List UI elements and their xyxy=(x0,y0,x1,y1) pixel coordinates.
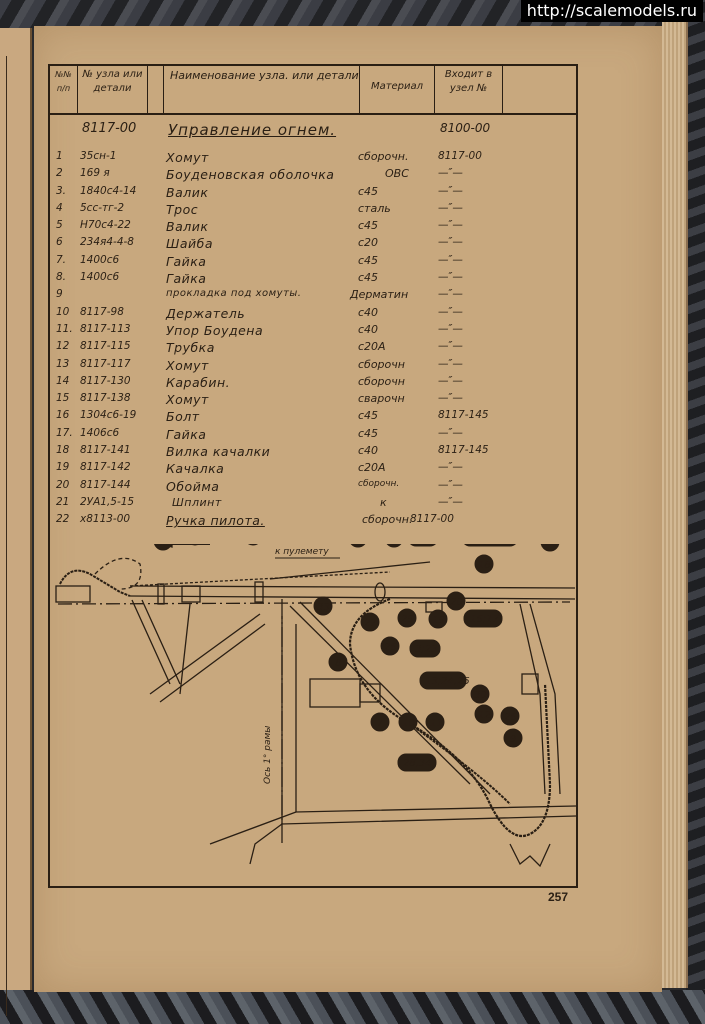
svg-text:к пулемету: к пулемету xyxy=(275,547,329,557)
table-row: 212УА1,5-15Шплинтк—″— xyxy=(50,496,576,513)
svg-text:13;24,25: 13;24,25 xyxy=(425,676,470,687)
svg-text:30: 30 xyxy=(474,690,487,701)
part-material: Дерматин xyxy=(350,288,408,301)
part-name: Вилка качалки xyxy=(166,444,270,459)
table-row: 158117-138Хомутсварочн—″— xyxy=(50,392,576,409)
part-name: Шайба xyxy=(166,236,213,251)
svg-text:9: 9 xyxy=(510,734,516,745)
part-number: 8117-113 xyxy=(80,323,131,335)
row-number: 16 xyxy=(56,409,69,421)
table-row: 9прокладка под хомуты.Дерматин—″— xyxy=(50,288,576,305)
table-row: 6234я4-4-8Шайбас20—″— xyxy=(50,236,576,253)
assembly-title: Управление огнем. xyxy=(168,121,336,139)
part-number: 1304с6-19 xyxy=(80,409,136,421)
part-number: Н70с4-22 xyxy=(80,219,131,231)
table-row: 11.8117-113Упор Боуденас40—″— xyxy=(50,323,576,340)
svg-text:7: 7 xyxy=(377,718,384,729)
part-number: х8113-00 xyxy=(80,513,130,525)
part-number: 1406с6 xyxy=(80,427,119,439)
part-material: с40 xyxy=(358,306,378,319)
part-assembly: —″— xyxy=(438,306,463,318)
part-assembly: —″— xyxy=(438,167,463,179)
fire-control-assembly-drawing: 1 2 15 4 14 31;32 5;6;21;23 22 18 20 16;… xyxy=(50,544,576,886)
svg-text:29: 29 xyxy=(401,614,414,625)
part-material: ОВС xyxy=(385,167,409,180)
part-name: Карабин. xyxy=(166,375,230,390)
part-material: с40 xyxy=(358,444,378,457)
svg-text:28,34: 28,34 xyxy=(403,758,432,769)
part-material: сварочн xyxy=(358,392,405,405)
part-assembly: —″— xyxy=(438,236,463,248)
svg-text:11: 11 xyxy=(430,718,443,729)
part-assembly: —″— xyxy=(438,202,463,214)
part-assembly: 8117-00 xyxy=(438,150,482,162)
part-assembly: —″— xyxy=(438,185,463,197)
part-material: с45 xyxy=(358,271,378,284)
table-row: 128117-115Трубкас20А—″— xyxy=(50,340,576,357)
table-row: 138117-117Хомутсборочн—″— xyxy=(50,358,576,375)
svg-text:12: 12 xyxy=(478,710,491,721)
part-assembly: —″— xyxy=(438,323,463,335)
svg-text:27: 27 xyxy=(364,618,377,629)
table-row: 148117-130Карабин.сборочн—″— xyxy=(50,375,576,392)
table-row: 198117-142Качалкас20А—″— xyxy=(50,461,576,478)
part-name: Валик xyxy=(166,219,208,234)
part-material: с45 xyxy=(358,185,378,198)
part-material: с45 xyxy=(358,219,378,232)
part-name: Держатель xyxy=(166,306,245,321)
header-name: Наименование узла. или детали xyxy=(164,66,360,113)
svg-text:3;23: 3;23 xyxy=(415,644,437,655)
part-name: Шплинт xyxy=(172,496,222,509)
svg-text:16;17: 16;17 xyxy=(470,614,499,625)
part-name: Гайка xyxy=(166,427,206,442)
part-number: 35сн-1 xyxy=(80,150,116,162)
part-assembly: —″— xyxy=(438,479,463,491)
part-material: с45 xyxy=(358,427,378,440)
part-name: Упор Боудена xyxy=(166,323,263,338)
svg-text:10: 10 xyxy=(402,718,415,729)
svg-text:14: 14 xyxy=(388,544,401,545)
part-number: 8117-141 xyxy=(80,444,131,456)
svg-text:1: 1 xyxy=(160,544,166,548)
row-number: 12 xyxy=(56,340,69,352)
page-number: 257 xyxy=(548,890,568,904)
table-row: 45сс-тг-2Троссталь—″— xyxy=(50,202,576,219)
part-assembly: —″— xyxy=(438,340,463,352)
table-row: 2169 яБоуденовская оболочкаОВС—″— xyxy=(50,167,576,184)
row-number: 17. xyxy=(56,427,73,439)
part-assembly: —″— xyxy=(438,288,463,300)
part-assembly: —″— xyxy=(438,219,463,231)
part-name: Обойма xyxy=(166,479,219,494)
part-assembly: 8117-00 xyxy=(410,513,454,525)
watermark-url: http://scalemodels.ru xyxy=(521,0,703,22)
part-number: 8117-98 xyxy=(80,306,124,318)
part-number: 8117-130 xyxy=(80,375,131,387)
table-row: 208117-144Обоймасборочн.—″— xyxy=(50,479,576,496)
part-number: 1840с4-14 xyxy=(80,185,136,197)
part-material: с20А xyxy=(358,340,386,353)
row-number: 7. xyxy=(56,254,66,266)
row-number: 21 xyxy=(56,496,69,508)
svg-text:Ось 1° рамы: Ось 1° рамы xyxy=(263,726,273,784)
parts-list: 135сн-1Хомутсборочн.8117-00 2169 яБоуден… xyxy=(50,150,576,531)
part-number: 169 я xyxy=(80,167,110,179)
part-number: 8117-144 xyxy=(80,479,131,491)
table-row: 135сн-1Хомутсборочн.8117-00 xyxy=(50,150,576,167)
part-number: 1400с6 xyxy=(80,271,119,283)
part-name: Валик xyxy=(166,185,208,200)
part-material: с40 xyxy=(358,323,378,336)
part-number: 8117-117 xyxy=(80,358,131,370)
page-stack-edges xyxy=(662,22,688,988)
part-assembly: —″— xyxy=(438,392,463,404)
part-number: 1400с6 xyxy=(80,254,119,266)
assembly-parent: 8100-00 xyxy=(440,121,490,135)
part-material: с20 xyxy=(358,236,378,249)
svg-text:26: 26 xyxy=(504,712,517,723)
part-material: сборочн xyxy=(358,375,405,388)
row-number: 6 xyxy=(56,236,63,248)
book-binding-bottom xyxy=(0,990,705,1024)
part-material: с45 xyxy=(358,254,378,267)
row-number: 20 xyxy=(56,479,69,491)
part-number: 5сс-тг-2 xyxy=(80,202,124,214)
header-blank xyxy=(148,66,164,113)
left-page-frame-line xyxy=(0,56,7,1016)
row-number: 18 xyxy=(56,444,69,456)
table-row: 161304с6-19Болтс458117-145 xyxy=(50,409,576,426)
part-name: прокладка под хомуты. xyxy=(166,288,301,299)
table-row: 188117-141Вилка качалкис408117-145 xyxy=(50,444,576,461)
part-assembly: —″— xyxy=(438,358,463,370)
part-assembly: —″— xyxy=(438,427,463,439)
row-number: 14 xyxy=(56,375,69,387)
row-number: 15 xyxy=(56,392,69,404)
svg-text:4: 4 xyxy=(354,544,360,545)
part-name: Хомут xyxy=(166,150,209,165)
table-row: 5Н70с4-22Валикс45—″— xyxy=(50,219,576,236)
svg-text:26: 26 xyxy=(384,642,397,653)
part-assembly: —″— xyxy=(438,496,463,508)
part-name: Ручка пилота. xyxy=(166,513,265,528)
table-row: 8.1400с6Гайкас45—″— xyxy=(50,271,576,288)
part-assembly: —″— xyxy=(438,271,463,283)
part-material: сталь xyxy=(358,202,391,215)
part-material: сборочн. xyxy=(358,479,399,489)
row-number: 19 xyxy=(56,461,69,473)
row-number: 13 xyxy=(56,358,69,370)
left-page-edge xyxy=(0,28,32,990)
part-name: Гайка xyxy=(166,271,206,286)
part-name: Гайка xyxy=(166,254,206,269)
part-number: 8117-138 xyxy=(80,392,131,404)
part-name: Качалка xyxy=(166,461,224,476)
header-material: Материал xyxy=(360,66,435,113)
part-name: Болт xyxy=(166,409,200,424)
part-assembly: —″— xyxy=(438,254,463,266)
part-name: Трубка xyxy=(166,340,215,355)
row-number: 5 xyxy=(56,219,63,231)
part-number: 2УА1,5-15 xyxy=(80,496,134,508)
part-number: 234я4-4-8 xyxy=(80,236,134,248)
table-row: 3.1840с4-14Валикс45—″— xyxy=(50,185,576,202)
part-material: сборочн. xyxy=(358,150,408,163)
part-assembly: 8117-145 xyxy=(438,409,489,421)
part-material: с20А xyxy=(358,461,386,474)
part-number: 8117-142 xyxy=(80,461,131,473)
table-row: 17.1406с6Гайкас45—″— xyxy=(50,427,576,444)
header-part-no: № узла или детали xyxy=(78,66,148,113)
part-number: 8117-115 xyxy=(80,340,131,352)
assembly-code: 8117-00 xyxy=(82,121,136,136)
part-assembly: —″— xyxy=(438,461,463,473)
row-number: 1 xyxy=(56,150,63,162)
svg-text:18: 18 xyxy=(478,560,491,571)
svg-text:8: 8 xyxy=(335,658,341,669)
part-name: Хомут xyxy=(166,358,209,373)
row-number: 2 xyxy=(56,167,63,179)
part-material: сборочн. xyxy=(362,513,412,526)
header-assembly: Входит в узел № xyxy=(435,66,503,113)
part-material: сборочн xyxy=(358,358,405,371)
svg-text:33: 33 xyxy=(317,602,330,613)
table-row: 7.1400с6Гайкас45—″— xyxy=(50,254,576,271)
row-number: 22 xyxy=(56,513,69,525)
row-number: 11. xyxy=(56,323,73,335)
header-number: №№ п/п xyxy=(50,66,78,113)
row-number: 9 xyxy=(56,288,63,300)
row-number: 4 xyxy=(56,202,63,214)
parts-table-frame: №№ п/п № узла или детали Наименование уз… xyxy=(48,64,578,888)
part-assembly: —″— xyxy=(438,375,463,387)
part-name: Хомут xyxy=(166,392,209,407)
svg-text:22: 22 xyxy=(544,544,557,549)
row-number: 3. xyxy=(56,185,66,197)
assembly-title-row: 8117-00 Управление огнем. 8100-00 xyxy=(50,115,576,147)
part-assembly: 8117-145 xyxy=(438,444,489,456)
svg-text:19: 19 xyxy=(432,615,445,626)
row-number: 10 xyxy=(56,306,69,318)
svg-text:20: 20 xyxy=(450,597,463,608)
part-name: Боуденовская оболочка xyxy=(166,167,334,182)
row-number: 8. xyxy=(56,271,66,283)
part-name: Трос xyxy=(166,202,198,217)
table-row: 108117-98Держательс40—″— xyxy=(50,306,576,323)
book-binding-right xyxy=(686,0,705,1024)
table-row: 22х8113-00Ручка пилота.сборочн.8117-00 xyxy=(50,513,576,530)
part-material: с45 xyxy=(358,409,378,422)
part-material: к xyxy=(380,496,387,509)
table-header: №№ п/п № узла или детали Наименование уз… xyxy=(50,66,576,115)
